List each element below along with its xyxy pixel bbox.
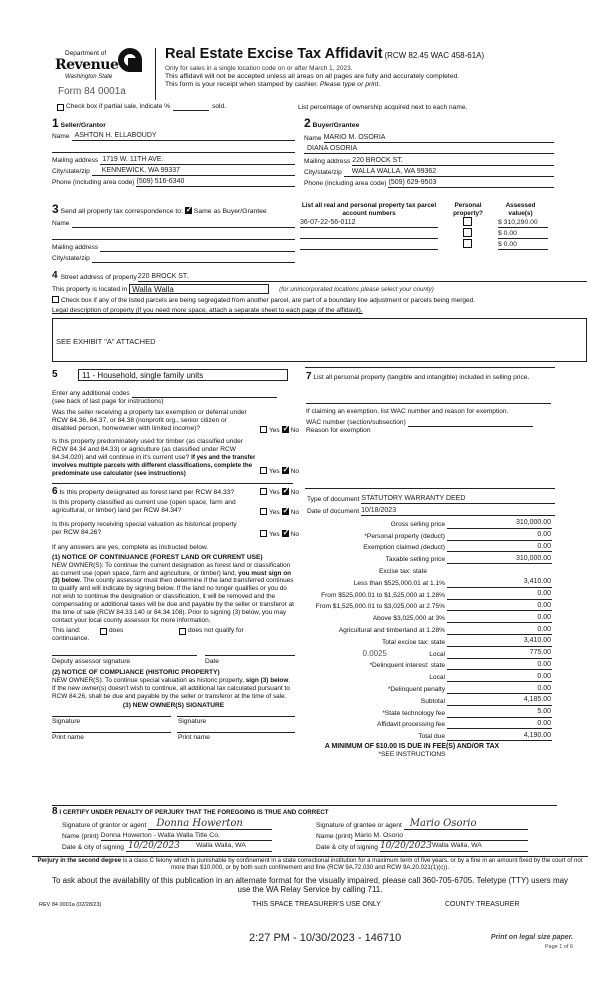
new-owner-signature-title: (3) NEW OWNER(S) SIGNATURE	[52, 702, 295, 710]
correspondence-name-field[interactable]	[72, 220, 295, 228]
price-label: *Personal property (deduct)	[275, 533, 445, 541]
correspondence-mailing-field[interactable]	[100, 244, 295, 252]
header-sub2: This affidavit will not be accepted unle…	[165, 73, 595, 81]
price-label: Gross selling price	[275, 521, 445, 529]
parcels-table: List all real and personal property tax …	[300, 202, 580, 250]
wac-field[interactable]	[408, 421, 533, 427]
fee-row: Local0.00	[275, 670, 560, 682]
buyer-mailing-label: Mailing address	[304, 158, 350, 166]
fee-label: Subtotal	[275, 698, 445, 706]
land-does-not-checkbox[interactable]	[179, 628, 186, 635]
located-select[interactable]: Walla Walla	[129, 284, 269, 294]
seller-number: 1	[52, 116, 59, 130]
personal-property-number: 7	[306, 371, 312, 382]
notice-continuance-title: (1) NOTICE OF CONTINUANCE (FOREST LAND O…	[52, 554, 295, 562]
excise-tax-label: Less than $525,000.01 at 1.1%	[275, 580, 445, 588]
title-ref: (RCW 82.45 WAC 458-61A)	[384, 51, 484, 60]
excise-tax-value[interactable]: 0.00	[447, 590, 552, 599]
grantor-date-field[interactable]: 10/20/2023	[126, 842, 196, 851]
additional-codes-label: Enter any additional codes	[52, 390, 130, 398]
fee-value[interactable]: 4,190.00	[447, 732, 552, 741]
correspondence-name2-field[interactable]	[52, 232, 295, 240]
see-instructions: *SEE INSTRUCTIONS	[267, 751, 557, 759]
buyer-section: 2 Buyer/Grantee NameMARIO M. OSORIA DIAN…	[304, 116, 554, 188]
land-does-checkbox[interactable]	[100, 628, 107, 635]
excise-tax-value[interactable]: 0.00	[447, 602, 552, 611]
buyer-phone-field[interactable]: (509) 629-9503	[388, 179, 554, 188]
exemption-no-label: No	[291, 427, 299, 434]
price-value[interactable]: 310,000.00	[447, 519, 552, 528]
grantee-signature-label: Signature of grantee or agent	[316, 822, 402, 830]
excise-tax-label: Agricultural and timberland at 1.28%	[275, 627, 445, 635]
fee-row: *State technology fee5.00	[275, 706, 560, 718]
grantee-signature-field[interactable]: Mario Osorio	[404, 819, 528, 830]
reason-label: Reason for exemption	[306, 427, 556, 435]
buyer-phone-label: Phone (including area code)	[304, 180, 386, 188]
excise-tax-row: Less than $525,000.01 at 1.1%3,410.00	[275, 576, 560, 588]
buyer-name-label: Name	[304, 135, 322, 143]
grantor-name-label: Name (print)	[62, 833, 99, 841]
partial-sale-checkbox[interactable]	[57, 104, 64, 111]
fee-row: *Delinquent interest: state0.00	[275, 659, 560, 671]
header-divider	[155, 48, 156, 100]
timber-no-label: No	[291, 468, 299, 475]
price-label: Exemption claimed (deduct)	[275, 544, 445, 552]
grantor-city-field[interactable]: Walla Walla, WA	[196, 842, 246, 851]
fee-value[interactable]: 5.00	[447, 708, 552, 717]
page-title: Real Estate Excise Tax Affidavit	[165, 46, 383, 62]
certify-number: 8	[52, 806, 58, 817]
grantor-name-field[interactable]: Donna Howerton - Walla Walla Title Co.	[101, 832, 272, 841]
grantee-date-label: Date & city of signing	[316, 844, 378, 852]
buyer-number: 2	[304, 116, 311, 130]
exemption-yes-checkbox[interactable]	[260, 426, 267, 433]
price-label: Taxable selling price	[275, 556, 445, 564]
personal-property-checkbox[interactable]	[463, 228, 472, 237]
assessed-value-field[interactable]: $ 0.00	[498, 241, 548, 250]
fee-label: Total due	[275, 733, 445, 741]
seller-name-label: Name	[52, 133, 70, 141]
header-sub1: Only for sales in a single location code…	[165, 65, 595, 73]
parcel-number-field[interactable]: 36-07-22-56-0112	[300, 219, 438, 228]
buyer-city-label: City/state/zip	[304, 169, 342, 177]
price-row: Gross selling price310,000.00	[275, 517, 560, 529]
segregated-label: Check box if any of the listed parcels a…	[61, 297, 475, 304]
correspondence-label: Send all property tax correspondence to:	[61, 208, 183, 215]
county-treasurer-label: COUNTY TREASURER	[445, 901, 519, 909]
owner-print-field-1[interactable]	[52, 732, 171, 733]
fee-value[interactable]: 4,185.00	[447, 696, 552, 705]
buyer-name-field[interactable]: MARIO M. OSORIA	[324, 134, 554, 143]
exemption-yes-label: Yes	[269, 427, 280, 434]
personal-property-checkbox[interactable]	[463, 217, 472, 226]
grantor-signature-field[interactable]: Donna Howerton	[148, 819, 272, 830]
fee-value[interactable]: 0.00	[447, 685, 552, 694]
seller-phone-label: Phone (including area code)	[52, 179, 134, 187]
document-date-label: Date of document	[307, 508, 359, 516]
excise-tax-row: From $525,000.01 to $1,525,000 at 1.28%0…	[275, 588, 560, 600]
dor-swirl-icon	[118, 48, 142, 72]
forest-q2: Is this property classified as current u…	[52, 499, 247, 515]
grantee-city-field[interactable]: Walla Walla, WA	[432, 842, 482, 851]
wac-label: WAC number (section/subsection)	[306, 419, 406, 427]
excise-tax-row: Total excise tax: state3,410.00	[275, 635, 560, 647]
forest-q3-yes-checkbox[interactable]	[260, 530, 267, 537]
fee-value[interactable]: 0.00	[447, 720, 552, 729]
property-number: 4	[52, 270, 58, 282]
correspondence-number: 3	[52, 202, 59, 216]
parcels-col2-header: Personal property?	[442, 202, 494, 217]
price-row: Taxable selling price310,000.00	[275, 552, 560, 564]
forest-q3: Is this property receiving special valua…	[52, 521, 247, 537]
fee-value[interactable]: 0.00	[447, 673, 552, 682]
owner-print-label-1: Print name	[52, 734, 178, 742]
use-number: 5	[52, 369, 78, 381]
deputy-date-label: Date	[205, 658, 219, 666]
perjury-bold: Perjury in the second degree	[38, 857, 122, 864]
additional-codes-field[interactable]	[132, 390, 277, 398]
forest-q1-no-label: No	[291, 489, 299, 496]
excise-tax-value[interactable]: 0.00	[447, 626, 552, 635]
price-value[interactable]: 0.00	[447, 531, 552, 540]
excise-tax-label: Total excise tax: state	[275, 639, 445, 647]
correspondence-city-field[interactable]	[92, 255, 295, 263]
fee-row: Subtotal4,185.00	[275, 694, 560, 706]
assessed-value-field[interactable]: $ 0.00	[498, 230, 548, 239]
partial-sale: Check box if partial sale, indicate % so…	[57, 103, 226, 111]
notice-continuance-text-b: . The county assessor must then determin…	[52, 577, 294, 623]
print-note: Print on legal size paper.	[440, 934, 573, 942]
excise-tax-row: From $1,525,000.01 to $3,025,000 at 2.75…	[275, 600, 560, 612]
timber-no-checkbox[interactable]	[282, 467, 289, 474]
document-date-field[interactable]: 10/18/2023	[361, 507, 555, 516]
seller-mailing-field[interactable]: 1719 W. 11TH AVE.	[100, 156, 295, 165]
deputy-signature-field[interactable]	[52, 655, 197, 656]
exemption-question: Was the seller receiving a property tax …	[52, 409, 252, 433]
fee-label: *Delinquent interest: state	[275, 662, 445, 670]
exemption-no-checkbox[interactable]	[282, 426, 289, 433]
additional-codes-note: (see back of last page for instructions)	[52, 398, 295, 406]
dor-logo: Department of Revenue Washington State F…	[55, 46, 155, 106]
parcels-col1-header: List all real and personal property tax …	[300, 202, 438, 217]
header-sub3-italic: Please type or print.	[320, 81, 380, 88]
buyer-name2-field[interactable]: DIANA OSORIA	[304, 145, 554, 154]
treasurer-use-label: THIS SPACE TREASURER'S USE ONLY	[252, 901, 381, 909]
rev-number: REV 84 0001a (02/28/23)	[39, 902, 101, 909]
excise-tax-value[interactable]: 0.00	[447, 614, 552, 623]
fee-label: Local	[275, 674, 445, 682]
excise-tax-label: Above $3,025,000 at 3%	[275, 615, 445, 623]
local-tax-value[interactable]: 775.00	[447, 649, 552, 658]
fee-label: *State technology fee	[275, 710, 445, 718]
seller-city-label: City/state/zip	[52, 168, 90, 176]
section7-top-divider	[305, 367, 555, 368]
section5-divider	[52, 483, 293, 484]
document-type-label: Type of document	[307, 496, 359, 504]
forest-q2-yes-label: Yes	[269, 509, 280, 516]
legal-label: Legal description of property (if you ne…	[52, 307, 587, 315]
grantee-name-field[interactable]: Mario M. Osorio	[355, 832, 528, 841]
grantee-date-field[interactable]: 10/20/2023	[380, 842, 432, 851]
tax-calculation: Gross selling price310,000.00*Personal p…	[275, 517, 560, 759]
personal-property-field[interactable]	[306, 403, 551, 404]
perjury-notice: Perjury in the second degree is a class …	[32, 857, 588, 872]
grantor-certify: Signature of grantor or agent Donna Howe…	[62, 818, 272, 852]
parcels-col3-header: Assessed value(s)	[498, 202, 543, 217]
correspondence-mailing-label: Mailing address	[52, 244, 98, 252]
forest-note: If any answers are yes, complete as inst…	[52, 544, 295, 552]
segregated-checkbox[interactable]	[52, 296, 59, 303]
excise-tax-value[interactable]: 3,410.00	[447, 578, 552, 587]
forest-section: 6 Is this property designated as forest …	[52, 486, 295, 742]
parcel-row: $ 0.00	[300, 239, 580, 250]
legal-description-box[interactable]: SEE EXHIBIT "A" ATTACHED	[52, 318, 587, 362]
continuance-label: continuance.	[52, 635, 295, 643]
grantee-name-label: Name (print)	[316, 833, 353, 841]
document-type-field[interactable]: STATUTORY WARRANTY DEED	[361, 495, 555, 504]
forest-q1: Is this property designated as forest la…	[59, 489, 234, 496]
price-value[interactable]: 0.00	[447, 543, 552, 552]
alt-format-notice: To ask about the availability of this pu…	[50, 877, 570, 895]
fee-label: *Delinquent penalty	[275, 686, 445, 694]
street-field[interactable]: 220 BROCK ST.	[138, 273, 587, 282]
recording-stamp: 2:27 PM - 10/30/2023 - 146710	[249, 932, 401, 945]
timber-yes-checkbox[interactable]	[260, 467, 267, 474]
parcel-number-field[interactable]	[300, 241, 438, 250]
land-does-label: does	[109, 627, 179, 635]
excise-tax-value[interactable]: 3,410.00	[447, 637, 552, 646]
forest-q1-no-checkbox[interactable]	[282, 488, 289, 495]
notice-compliance-text-a: NEW OWNER(S): To continue special valuat…	[52, 677, 244, 684]
owner-signature-field-1[interactable]	[52, 716, 171, 717]
forest-q1-yes-label: Yes	[269, 489, 280, 496]
timber-yes-label: Yes	[269, 468, 280, 475]
price-value[interactable]: 310,000.00	[447, 555, 552, 564]
ownership-note: List percentage of ownership acquired ne…	[298, 104, 467, 112]
land-does-not-label: does not qualify for	[188, 627, 244, 635]
owner-signature-label-1: Signature	[52, 718, 178, 726]
excise-header: Excise tax: state	[275, 568, 427, 576]
seller-title: Seller/Grantor	[61, 122, 106, 129]
partial-sale-percent[interactable]	[173, 110, 209, 111]
page-number: Page 1 of 6	[500, 944, 573, 951]
seller-name2-field[interactable]	[52, 144, 295, 153]
fee-value[interactable]: 0.00	[447, 661, 552, 670]
located-label: This property is located in	[52, 286, 127, 294]
seller-phone-field[interactable]: (509) 516-6340	[136, 178, 295, 187]
owner-signature-label-2: Signature	[178, 718, 206, 726]
grantor-date-label: Date & city of signing	[62, 844, 124, 852]
forest-q2-no-label: No	[291, 509, 299, 516]
notice-compliance-title: (2) NOTICE OF COMPLIANCE (HISTORIC PROPE…	[52, 669, 295, 677]
street-label: Street address of property	[61, 274, 137, 282]
certify-title: 8 I CERTIFY UNDER PENALTY OF PERJURY THA…	[52, 806, 329, 818]
use-section: 5 11 - Household, single family units En…	[52, 369, 295, 477]
local-label: Local	[387, 651, 445, 659]
perjury-text: is a class C felony which is punishable …	[123, 857, 583, 871]
deputy-signature-label: Deputy assessor signature	[52, 658, 205, 666]
partial-sale-sold: sold.	[212, 103, 226, 111]
excise-tax-label: From $525,000.01 to $1,525,000 at 1.28%	[275, 592, 445, 600]
parcel-row: $ 0.00	[300, 228, 580, 239]
fee-row: *Delinquent penalty0.00	[275, 682, 560, 694]
property-section: 4 Street address of property 220 BROCK S…	[52, 271, 587, 362]
forest-q1-yes-checkbox[interactable]	[260, 488, 267, 495]
forest-q2-yes-checkbox[interactable]	[260, 508, 267, 515]
header-text: Real Estate Excise Tax Affidavit (RCW 82…	[165, 46, 595, 90]
forest-number: 6	[52, 486, 58, 497]
agency-line3: Washington State	[65, 74, 112, 81]
parcel-row: 36-07-22-56-0112$ 310,290.00	[300, 217, 580, 228]
excise-tax-label: From $1,525,000.01 to $3,025,000 at 2.75…	[275, 603, 445, 611]
parcel-number-field[interactable]	[300, 230, 438, 239]
seller-city-field[interactable]: KENNEWICK, WA 99337	[92, 167, 295, 176]
grantee-certify: Signature of grantee or agent Mario Osor…	[316, 818, 528, 852]
excise-tax-row: Agricultural and timberland at 1.28%0.00	[275, 623, 560, 635]
use-code-select[interactable]: 11 - Household, single family units	[78, 369, 288, 381]
buyer-title: Buyer/Grantee	[313, 122, 360, 129]
personal-property-section: 7 List all personal property (tangible a…	[306, 371, 556, 435]
correspondence-name-label: Name	[52, 220, 70, 228]
fee-label: Affidavit processing fee	[275, 721, 445, 729]
same-as-buyer-label: Same as Buyer/Grantee	[194, 208, 267, 215]
seller-name-field[interactable]: ASHTON H. ELLABOUDY	[72, 132, 295, 141]
buyer-mailing-field[interactable]: 220 BROCK ST.	[352, 157, 554, 166]
legal-description: SEE EXHIBIT "A" ATTACHED	[56, 337, 156, 346]
exemption-note: If claiming an exemption, list WAC numbe…	[306, 408, 556, 416]
minimum-note: A MINIMUM OF $10.00 IS DUE IN FEE(S) AND…	[267, 743, 557, 751]
this-land-label: This land:	[52, 627, 100, 635]
fee-row: Affidavit processing fee0.00	[275, 718, 560, 730]
parcel-rows: 36-07-22-56-0112$ 310,290.00$ 0.00$ 0.00	[300, 217, 580, 250]
personal-property-label: List all personal property (tangible and…	[313, 374, 529, 381]
fee-row: Total due4,190.00	[275, 729, 560, 741]
section7-bottom-divider	[305, 488, 555, 489]
correspondence-city-label: City/state/zip	[52, 255, 90, 263]
form-number: Form 84 0001a	[58, 86, 126, 98]
agency-line2: Revenue	[55, 57, 118, 74]
personal-property-checkbox[interactable]	[463, 239, 472, 248]
forest-q2-no-checkbox[interactable]	[282, 508, 289, 515]
local-rate: 0.0025	[275, 649, 387, 659]
seller-section: 1 Seller/Grantor NameASHTON H. ELLABOUDY…	[52, 116, 295, 187]
grantor-signature-label: Signature of grantor or agent	[62, 822, 146, 830]
owner-print-label-2: Print name	[178, 734, 210, 742]
same-as-buyer-checkbox[interactable]	[185, 207, 192, 214]
excise-tax-row: Above $3,025,000 at 3%0.00	[275, 611, 560, 623]
seller-mailing-label: Mailing address	[52, 157, 98, 165]
located-note: (for unincorporated locations please sel…	[279, 286, 434, 294]
buyer-city-field[interactable]: WALLA WALLA, WA 99362	[344, 168, 554, 177]
assessed-value-field[interactable]: $ 310,290.00	[498, 219, 548, 228]
document-info: Type of document STATUTORY WARRANTY DEED…	[307, 493, 555, 516]
header-sub3: This form is your receipt when stamped b…	[165, 81, 318, 88]
partial-sale-label: Check box if partial sale, indicate %	[66, 103, 170, 111]
certify-title-text: I CERTIFY UNDER PENALTY OF PERJURY THAT …	[59, 809, 328, 816]
price-row: *Personal property (deduct)0.00	[275, 529, 560, 541]
correspondence-section: 3 Send all property tax correspondence t…	[52, 202, 295, 263]
price-row: Exemption claimed (deduct)0.00	[275, 541, 560, 553]
